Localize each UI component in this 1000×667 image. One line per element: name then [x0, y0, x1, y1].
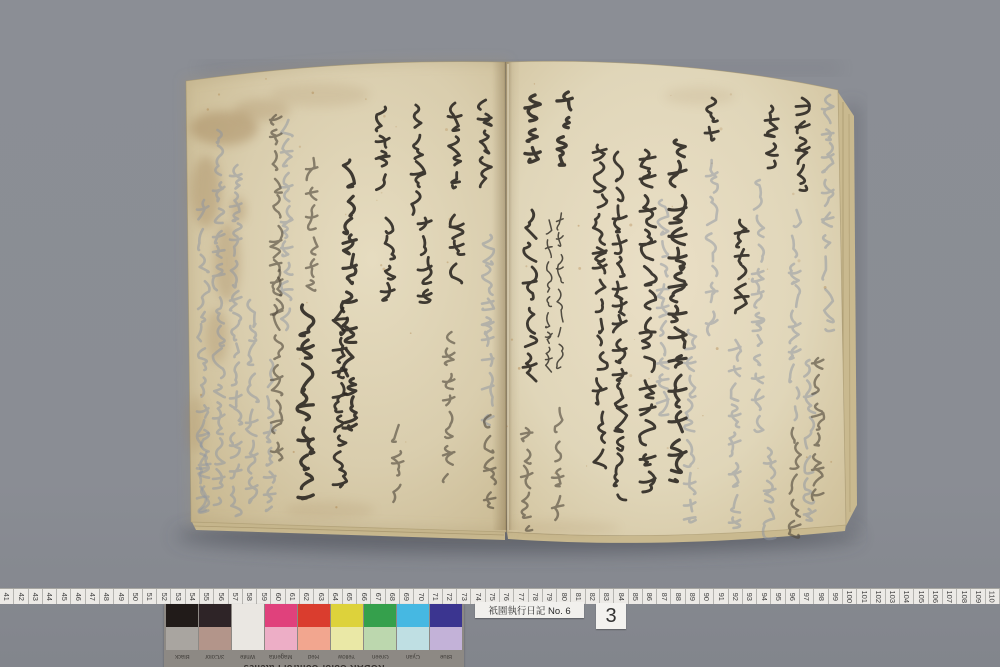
ruler-number: 80 — [560, 592, 568, 600]
ruler-cell: 82 — [586, 589, 600, 604]
ruler-number: 86 — [646, 592, 654, 600]
patch-tint — [397, 627, 429, 650]
ruler-number: 55 — [203, 592, 211, 600]
color-patch-label: Magenta — [265, 651, 297, 660]
ruler-cell: 89 — [686, 589, 700, 604]
color-patch-label: Blue — [430, 651, 462, 660]
patch-saturated — [430, 604, 462, 627]
ruler-cell: 99 — [829, 589, 843, 604]
ruler-number: 103 — [889, 590, 897, 603]
ruler-number: 84 — [617, 592, 625, 600]
color-patch-white — [232, 604, 264, 650]
ruler-number: 43 — [31, 592, 39, 600]
color-patch-label: Cyan — [397, 651, 429, 660]
color-patch-yellow — [331, 604, 363, 650]
ruler-cell: 61 — [286, 589, 300, 604]
color-patch-rows — [164, 604, 464, 650]
ruler-cell: 96 — [786, 589, 800, 604]
ruler-cell: 49 — [114, 589, 128, 604]
ruler-cell: 94 — [757, 589, 771, 604]
ruler-number: 60 — [274, 592, 282, 600]
color-patch-label: White — [232, 651, 264, 660]
ruler-cell: 58 — [243, 589, 257, 604]
ruler-cell: 88 — [671, 589, 685, 604]
ruler-cell: 52 — [157, 589, 171, 604]
ruler-number: 108 — [960, 590, 968, 603]
ruler-cell: 46 — [71, 589, 85, 604]
ruler-number: 65 — [346, 592, 354, 600]
color-patch-black — [166, 604, 198, 650]
ruler-cell: 56 — [214, 589, 228, 604]
ruler-number: 98 — [817, 592, 825, 600]
ruler-cell: 43 — [29, 589, 43, 604]
ruler-number: 102 — [874, 590, 882, 603]
ruler-number: 63 — [317, 592, 325, 600]
ruler-number: 99 — [831, 592, 839, 600]
ruler-cell: 110 — [986, 589, 1000, 604]
ruler-number: 58 — [246, 592, 254, 600]
ruler-number: 53 — [174, 592, 182, 600]
ruler-cell: 44 — [43, 589, 57, 604]
ruler-number: 104 — [903, 590, 911, 603]
patch-tint — [298, 627, 330, 650]
patch-saturated — [364, 604, 396, 627]
ruler-number: 90 — [703, 592, 711, 600]
ruler-number: 105 — [917, 590, 925, 603]
ruler-cell: 54 — [186, 589, 200, 604]
ruler-cell: 83 — [600, 589, 614, 604]
ruler-cell: 60 — [271, 589, 285, 604]
ruler-cell: 93 — [743, 589, 757, 604]
ruler-number: 100 — [846, 590, 854, 603]
color-patch-label: 3/Color — [199, 651, 231, 660]
ruler-number: 52 — [160, 592, 168, 600]
ruler-number: 76 — [503, 592, 511, 600]
page-number-card: 3 — [596, 603, 626, 629]
ruler-number: 96 — [789, 592, 797, 600]
color-patch-label: Red — [298, 651, 330, 660]
ruler-number: 85 — [631, 592, 639, 600]
ruler-cell: 45 — [57, 589, 71, 604]
patch-saturated — [331, 604, 363, 627]
color-patch-label: Yellow — [331, 651, 363, 660]
ruler-cell: 67 — [371, 589, 385, 604]
ruler-cell: 73 — [457, 589, 471, 604]
ruler-number: 77 — [517, 592, 525, 600]
patch-tint — [199, 627, 231, 650]
ruler-cell: 69 — [400, 589, 414, 604]
ruler-cell: 41 — [0, 589, 14, 604]
color-patch-label: Black — [166, 651, 198, 660]
ruler-cell: 47 — [86, 589, 100, 604]
ruler-number: 71 — [431, 592, 439, 600]
patch-saturated — [397, 604, 429, 627]
ruler-cell: 97 — [800, 589, 814, 604]
color-patch-blue — [430, 604, 462, 650]
patch-saturated — [199, 604, 231, 627]
ruler-number: 88 — [674, 592, 682, 600]
ruler-number: 92 — [731, 592, 739, 600]
ruler-number: 50 — [131, 592, 139, 600]
color-patch-cyan — [397, 604, 429, 650]
ruler-cell: 68 — [386, 589, 400, 604]
ruler-number: 78 — [531, 592, 539, 600]
kodak-color-target: Black3/ColorWhiteMagentaRedYellowGreenCy… — [164, 604, 464, 667]
ruler-cell: 98 — [814, 589, 828, 604]
ruler-cell: 109 — [971, 589, 985, 604]
ruler-number: 75 — [489, 592, 497, 600]
ruler-number: 82 — [589, 592, 597, 600]
ruler-cell: 86 — [643, 589, 657, 604]
ruler-number: 91 — [717, 592, 725, 600]
ruler-cell: 66 — [357, 589, 371, 604]
color-patch-green — [364, 604, 396, 650]
ruler-number: 94 — [760, 592, 768, 600]
ruler-number: 56 — [217, 592, 225, 600]
ruler-number: 46 — [74, 592, 82, 600]
ruler-number: 110 — [989, 591, 997, 603]
ruler-cell: 53 — [171, 589, 185, 604]
ruler-cell: 63 — [314, 589, 328, 604]
ruler-number: 59 — [260, 592, 268, 600]
ruler-number: 81 — [574, 592, 582, 600]
ruler-number: 67 — [374, 592, 382, 600]
ruler-cell: 62 — [300, 589, 314, 604]
ruler-cell: 105 — [914, 589, 928, 604]
ruler-number: 83 — [603, 592, 611, 600]
ruler-cell: 84 — [614, 589, 628, 604]
ruler-cell: 106 — [929, 589, 943, 604]
ruler-cell: 91 — [714, 589, 728, 604]
ruler-number: 72 — [446, 592, 454, 600]
ruler-number: 109 — [974, 590, 982, 603]
ruler-cell: 48 — [100, 589, 114, 604]
ruler-number: 69 — [403, 592, 411, 600]
manuscript-photo — [0, 0, 1000, 588]
ruler-number: 49 — [117, 592, 125, 600]
ruler-number: 66 — [360, 592, 368, 600]
patch-tint — [430, 627, 462, 650]
patch-tint — [265, 627, 297, 650]
archival-photo-stage: 4142434445464748495051525354555657585960… — [0, 0, 1000, 667]
ruler-cell: 70 — [414, 589, 428, 604]
ruler-cell: 92 — [729, 589, 743, 604]
ruler-number: 106 — [931, 590, 939, 603]
ruler-cell: 108 — [957, 589, 971, 604]
ruler-cell: 100 — [843, 589, 857, 604]
ruler-cell: 72 — [443, 589, 457, 604]
ruler-cell: 101 — [857, 589, 871, 604]
kodak-title: KODAK Color Control Patches — [164, 661, 464, 667]
ruler-number: 54 — [189, 592, 197, 600]
ruler-number: 95 — [774, 592, 782, 600]
ruler-cell: 85 — [629, 589, 643, 604]
ruler-cell: 95 — [771, 589, 785, 604]
ruler-cell: 50 — [129, 589, 143, 604]
ruler-cell: 42 — [14, 589, 28, 604]
patch-saturated — [298, 604, 330, 627]
ruler-cell: 59 — [257, 589, 271, 604]
color-patch-magenta — [265, 604, 297, 650]
ruler-cell: 90 — [700, 589, 714, 604]
ruler-number: 41 — [3, 592, 11, 600]
ruler-number: 47 — [89, 592, 97, 600]
color-patch-3-color — [199, 604, 231, 650]
patch-tint — [331, 627, 363, 650]
patch-tint — [166, 627, 198, 650]
ruler-number: 45 — [60, 592, 68, 600]
ruler-cell: 71 — [429, 589, 443, 604]
patch-saturated — [166, 604, 198, 627]
ruler-number: 70 — [417, 592, 425, 600]
ruler-number: 74 — [474, 592, 482, 600]
patch-saturated — [265, 604, 297, 627]
ruler-number: 87 — [660, 592, 668, 600]
ruler-number: 64 — [331, 592, 339, 600]
ruler-number: 73 — [460, 592, 468, 600]
ruler-number: 51 — [146, 592, 154, 600]
ruler-number: 68 — [389, 592, 397, 600]
ruler-cell: 104 — [900, 589, 914, 604]
color-patch-labels: Black3/ColorWhiteMagentaRedYellowGreenCy… — [164, 651, 464, 660]
ruler-cell: 107 — [943, 589, 957, 604]
ruler-cell: 103 — [886, 589, 900, 604]
patch-saturated — [232, 604, 264, 627]
ruler-number: 44 — [46, 592, 54, 600]
ruler-cell: 102 — [871, 589, 885, 604]
ruler-number: 48 — [103, 592, 111, 600]
patch-tint — [232, 627, 264, 650]
archive-label: 祇園執行日記 No. 6 — [475, 602, 584, 618]
ruler-number: 107 — [946, 590, 954, 603]
ruler-number: 89 — [689, 592, 697, 600]
ruler-cell: 87 — [657, 589, 671, 604]
ruler-number: 79 — [546, 592, 554, 600]
color-patch-red — [298, 604, 330, 650]
ruler-number: 62 — [303, 592, 311, 600]
ruler-number: 97 — [803, 592, 811, 600]
ruler-cell: 51 — [143, 589, 157, 604]
ruler-number: 42 — [17, 592, 25, 600]
ruler-cell: 65 — [343, 589, 357, 604]
ruler-number: 101 — [860, 590, 868, 603]
ruler-number: 61 — [289, 592, 297, 600]
patch-tint — [364, 627, 396, 650]
ruler-cell: 57 — [229, 589, 243, 604]
ruler-cell: 55 — [200, 589, 214, 604]
ruler-number: 93 — [746, 592, 754, 600]
ruler-cell: 64 — [329, 589, 343, 604]
color-patch-label: Green — [364, 651, 396, 660]
ruler-number: 57 — [231, 592, 239, 600]
